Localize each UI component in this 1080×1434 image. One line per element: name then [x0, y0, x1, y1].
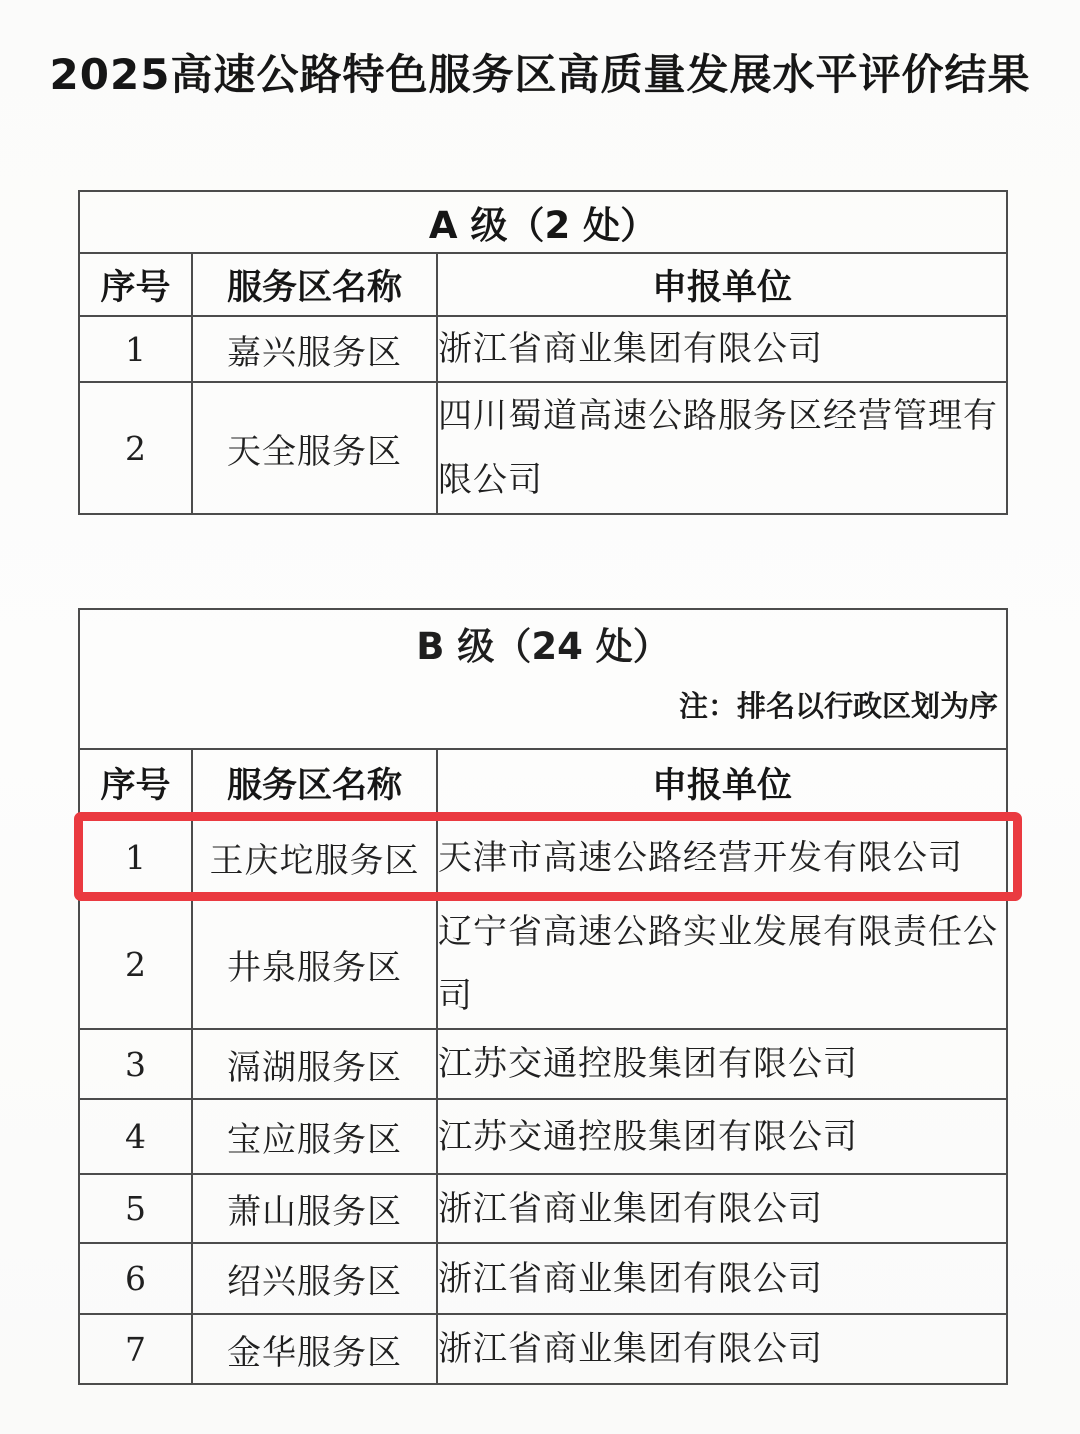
unit-cell: 四川蜀道高速公路服务区经营管理有限公司: [437, 382, 1007, 514]
table-row: 4 宝应服务区 江苏交通控股集团有限公司: [79, 1099, 1007, 1174]
table-row-highlighted: 1 王庆坨服务区 天津市高速公路经营开发有限公司: [79, 816, 1007, 899]
table-row: 7 金华服务区 浙江省商业集团有限公司: [79, 1314, 1007, 1384]
row-index-cell: 2: [79, 382, 192, 514]
service-area-cell: 王庆坨服务区: [192, 816, 437, 899]
row-index-cell: 5: [79, 1174, 192, 1243]
service-area-cell: 嘉兴服务区: [192, 316, 437, 382]
service-area-cell: 天全服务区: [192, 382, 437, 514]
row-index-cell: 3: [79, 1029, 192, 1099]
row-index-cell: 7: [79, 1314, 192, 1384]
table-row: 6 绍兴服务区 浙江省商业集团有限公司: [79, 1243, 1007, 1314]
table-row: 5 萧山服务区 浙江省商业集团有限公司: [79, 1174, 1007, 1243]
unit-cell: 浙江省商业集团有限公司: [437, 1174, 1007, 1243]
grade-b-table: B 级（24 处） 注：排名以行政区划为序 序号 服务区名称 申报单位 1 王庆…: [78, 608, 1008, 1385]
column-header-area: 服务区名称: [192, 749, 437, 816]
column-header-no: 序号: [79, 253, 192, 316]
unit-cell: 江苏交通控股集团有限公司: [437, 1099, 1007, 1174]
row-index-cell: 6: [79, 1243, 192, 1314]
unit-cell: 浙江省商业集团有限公司: [437, 1243, 1007, 1314]
grade-b-note: 注：排名以行政区划为序: [80, 670, 1006, 735]
row-index-cell: 1: [79, 316, 192, 382]
service-area-cell: 宝应服务区: [192, 1099, 437, 1174]
column-header-unit: 申报单位: [437, 253, 1007, 316]
unit-cell: 辽宁省高速公路实业发展有限责任公司: [437, 899, 1007, 1029]
unit-cell: 江苏交通控股集团有限公司: [437, 1029, 1007, 1099]
service-area-cell: 滆湖服务区: [192, 1029, 437, 1099]
column-header-area: 服务区名称: [192, 253, 437, 316]
column-header-no: 序号: [79, 749, 192, 816]
column-header-unit: 申报单位: [437, 749, 1007, 816]
unit-cell: 天津市高速公路经营开发有限公司: [437, 816, 1007, 899]
service-area-cell: 金华服务区: [192, 1314, 437, 1384]
grade-a-table: A 级（2 处） 序号 服务区名称 申报单位 1 嘉兴服务区 浙江省商业集团有限…: [78, 190, 1008, 515]
row-index-cell: 2: [79, 899, 192, 1029]
unit-cell: 浙江省商业集团有限公司: [437, 1314, 1007, 1384]
service-area-cell: 井泉服务区: [192, 899, 437, 1029]
table-row: 1 嘉兴服务区 浙江省商业集团有限公司: [79, 316, 1007, 382]
table-row: 3 滆湖服务区 江苏交通控股集团有限公司: [79, 1029, 1007, 1099]
service-area-cell: 萧山服务区: [192, 1174, 437, 1243]
grade-b-title: B 级（24 处）: [80, 610, 1006, 670]
unit-cell: 浙江省商业集团有限公司: [437, 316, 1007, 382]
service-area-cell: 绍兴服务区: [192, 1243, 437, 1314]
row-index-cell: 4: [79, 1099, 192, 1174]
table-row: 2 井泉服务区 辽宁省高速公路实业发展有限责任公司: [79, 899, 1007, 1029]
table-row: 2 天全服务区 四川蜀道高速公路服务区经营管理有限公司: [79, 382, 1007, 514]
document-page: 2025高速公路特色服务区高质量发展水平评价结果 A 级（2 处） 序号 服务区…: [0, 0, 1080, 1434]
grade-a-title: A 级（2 处）: [79, 191, 1007, 253]
row-index-cell: 1: [79, 816, 192, 899]
page-title: 2025高速公路特色服务区高质量发展水平评价结果: [0, 42, 1080, 102]
